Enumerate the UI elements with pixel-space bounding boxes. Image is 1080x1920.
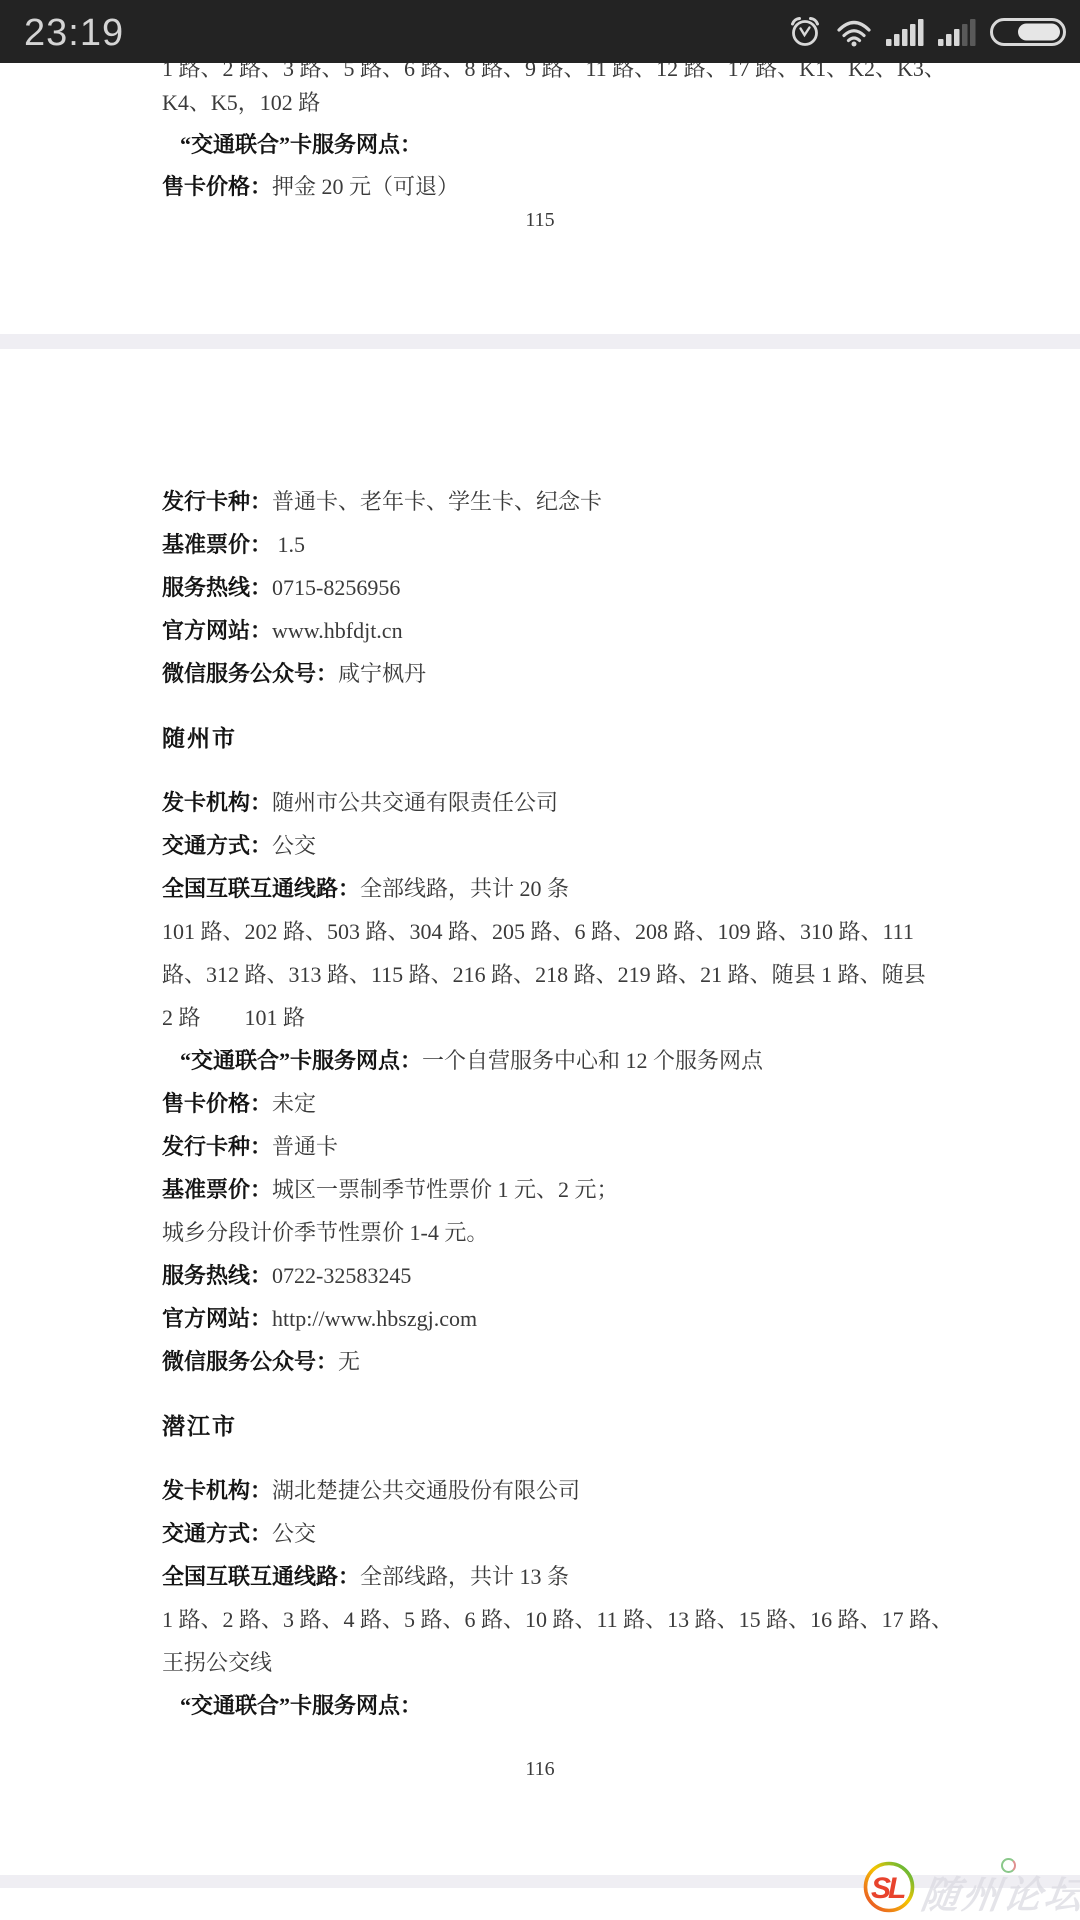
field-value: 未定 xyxy=(272,1091,316,1116)
doc-line: 交通方式：公交 xyxy=(162,833,316,859)
field-label: 官方网站： xyxy=(162,618,272,643)
page-gap-separator-top xyxy=(0,334,1080,349)
field-value: 湖北楚捷公共交通股份有限公司 xyxy=(272,1478,580,1503)
field-label: 发行卡种： xyxy=(162,489,272,514)
doc-line: K4、K5，102 路 xyxy=(162,90,320,116)
doc-line: 发卡机构：随州市公共交通有限责任公司 xyxy=(162,790,558,816)
field-label: “交通联合”卡服务网点： xyxy=(180,132,422,157)
field-value: 随州市公共交通有限责任公司 xyxy=(272,790,558,815)
page-gap-separator-bottom xyxy=(0,1875,1080,1888)
field-label: 服务热线： xyxy=(162,575,272,600)
field-label: “交通联合”卡服务网点： xyxy=(180,1693,422,1718)
line-text: 2 路 101 路 xyxy=(162,1005,305,1030)
doc-line: 基准票价： 1.5 xyxy=(162,532,305,558)
doc-line: 服务热线：0715-8256956 xyxy=(162,575,400,601)
doc-line: “交通联合”卡服务网点：一个自营服务中心和 12 个服务网点 xyxy=(180,1048,763,1074)
watermark-logo-icon: SL xyxy=(862,1860,916,1920)
field-value: 一个自营服务中心和 12 个服务网点 xyxy=(422,1048,763,1073)
field-label: 发行卡种： xyxy=(162,1134,272,1159)
status-bar: 23:19 xyxy=(0,0,1080,63)
city-heading: 随州市 xyxy=(162,726,237,752)
field-label: 售卡价格： xyxy=(162,1091,272,1116)
watermark-ring-icon xyxy=(1001,1858,1016,1873)
field-value: 0715-8256956 xyxy=(272,575,400,600)
doc-line: 2 路 101 路 xyxy=(162,1005,305,1031)
doc-line: 官方网站：www.hbfdjt.cn xyxy=(162,618,403,644)
page-number-text: 116 xyxy=(525,1758,554,1780)
line-text: 1 路、2 路、3 路、4 路、5 路、6 路、10 路、11 路、13 路、1… xyxy=(162,1607,953,1632)
field-label: 潜江市 xyxy=(162,1414,237,1439)
doc-line: “交通联合”卡服务网点： xyxy=(180,1693,422,1719)
field-value: 普通卡、老年卡、学生卡、纪念卡 xyxy=(272,489,602,514)
status-icons xyxy=(788,0,1066,63)
line-text: 王拐公交线 xyxy=(162,1650,272,1675)
doc-line: 官方网站：http://www.hbszgj.com xyxy=(162,1306,477,1332)
doc-line: 全国互联互通线路：全部线路，共计 20 条 xyxy=(162,876,569,902)
field-value: 咸宁枫丹 xyxy=(338,661,426,686)
line-text: K4、K5，102 路 xyxy=(162,90,320,115)
alarm-icon xyxy=(788,14,822,50)
field-label: 全国互联互通线路： xyxy=(162,1564,360,1589)
field-value: 0722-32583245 xyxy=(272,1263,411,1288)
field-value: 全部线路，共计 20 条 xyxy=(360,876,569,901)
doc-line: 发行卡种：普通卡 xyxy=(162,1134,338,1160)
watermark-text: 随州论坛 xyxy=(918,1864,1080,1919)
field-label: 随州市 xyxy=(162,726,237,751)
field-label: 微信服务公众号： xyxy=(162,661,338,686)
doc-line: 发行卡种：普通卡、老年卡、学生卡、纪念卡 xyxy=(162,489,602,515)
field-value: 全部线路，共计 13 条 xyxy=(360,1564,569,1589)
page-number: 115 xyxy=(0,207,1080,233)
field-value: 1.5 xyxy=(272,532,305,557)
line-text: 路、312 路、313 路、115 路、216 路、218 路、219 路、21… xyxy=(162,962,926,987)
doc-line: 王拐公交线 xyxy=(162,1650,272,1676)
field-label: 发卡机构： xyxy=(162,1478,272,1503)
field-value: www.hbfdjt.cn xyxy=(272,618,403,643)
field-value: 公交 xyxy=(272,1521,316,1546)
field-label: 官方网站： xyxy=(162,1306,272,1331)
wifi-icon xyxy=(836,17,872,47)
doc-line: 基准票价：城区一票制季节性票价 1 元、2 元； xyxy=(162,1177,619,1203)
field-value: 押金 20 元（可退） xyxy=(272,174,459,199)
status-time: 23:19 xyxy=(24,0,124,63)
field-label: 交通方式： xyxy=(162,1521,272,1546)
doc-line: 服务热线：0722-32583245 xyxy=(162,1263,411,1289)
field-label: “交通联合”卡服务网点： xyxy=(180,1048,422,1073)
field-value: http://www.hbszgj.com xyxy=(272,1306,477,1331)
field-value: 公交 xyxy=(272,833,316,858)
doc-line: 101 路、202 路、503 路、304 路、205 路、6 路、208 路、… xyxy=(162,919,914,945)
doc-line: 售卡价格：押金 20 元（可退） xyxy=(162,174,459,200)
page-number-text: 115 xyxy=(525,209,554,231)
signal-sim1-icon xyxy=(886,18,924,46)
phone-screen: 1 路、2 路、3 路、5 路、6 路、8 路、9 路、11 路、12 路、17… xyxy=(0,0,1080,1920)
line-text: 101 路、202 路、503 路、304 路、205 路、6 路、208 路、… xyxy=(162,919,914,944)
field-label: 交通方式： xyxy=(162,833,272,858)
doc-line: 路、312 路、313 路、115 路、216 路、218 路、219 路、21… xyxy=(162,962,926,988)
doc-line: 城乡分段计价季节性票价 1-4 元。 xyxy=(162,1220,488,1246)
doc-line: “交通联合”卡服务网点： xyxy=(180,132,422,158)
field-label: 售卡价格： xyxy=(162,174,272,199)
doc-line: 微信服务公众号：咸宁枫丹 xyxy=(162,661,426,687)
field-label: 服务热线： xyxy=(162,1263,272,1288)
field-value: 城区一票制季节性票价 1 元、2 元； xyxy=(272,1177,619,1202)
city-heading: 潜江市 xyxy=(162,1414,237,1440)
doc-line: 交通方式：公交 xyxy=(162,1521,316,1547)
watermark-logo-letters: SL xyxy=(871,1872,905,1905)
signal-sim2-icon xyxy=(938,18,976,46)
field-label: 发卡机构： xyxy=(162,790,272,815)
page-number: 116 xyxy=(0,1756,1080,1782)
doc-line: 发卡机构：湖北楚捷公共交通股份有限公司 xyxy=(162,1478,580,1504)
doc-line: 售卡价格：未定 xyxy=(162,1091,316,1117)
doc-line: 微信服务公众号：无 xyxy=(162,1349,360,1375)
battery-icon xyxy=(990,18,1066,46)
field-value: 无 xyxy=(338,1349,360,1374)
doc-line: 全国互联互通线路：全部线路，共计 13 条 xyxy=(162,1564,569,1590)
line-text: 城乡分段计价季节性票价 1-4 元。 xyxy=(162,1220,488,1245)
document-scroll-area[interactable]: 1 路、2 路、3 路、5 路、6 路、8 路、9 路、11 路、12 路、17… xyxy=(0,0,1080,1920)
field-label: 全国互联互通线路： xyxy=(162,876,360,901)
field-label: 基准票价： xyxy=(162,1177,272,1202)
field-value: 普通卡 xyxy=(272,1134,338,1159)
doc-line: 1 路、2 路、3 路、4 路、5 路、6 路、10 路、11 路、13 路、1… xyxy=(162,1607,953,1633)
field-label: 基准票价： xyxy=(162,532,272,557)
field-label: 微信服务公众号： xyxy=(162,1349,338,1374)
